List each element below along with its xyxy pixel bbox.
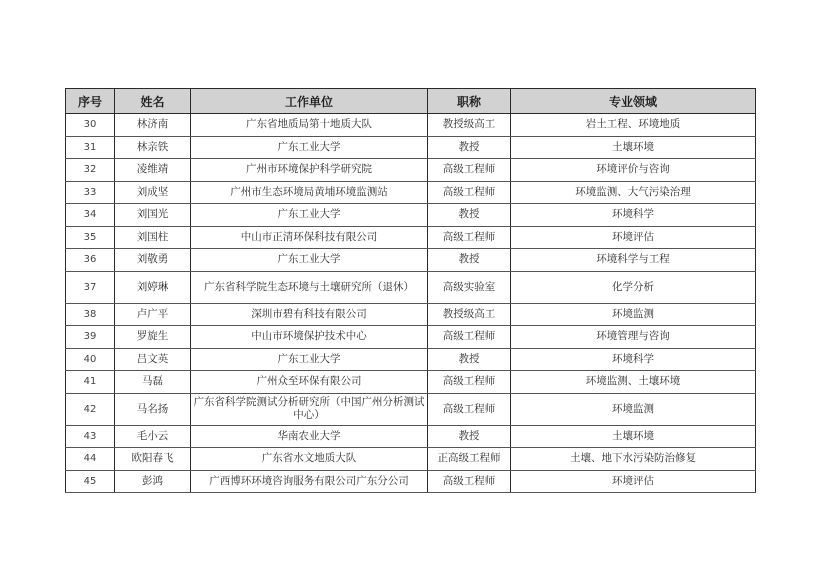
cell-field: 环境科学: [511, 204, 756, 227]
cell-field: 岩土工程、环境地质: [511, 114, 756, 137]
table-row: 36 刘敬勇 广东工业大学 教授 环境科学与工程: [66, 249, 756, 272]
cell-no: 44: [66, 448, 115, 471]
cell-name: 卢广平: [115, 303, 191, 326]
cell-field: 环境监测: [511, 393, 756, 425]
cell-title: 教授: [428, 136, 511, 159]
table-row: 35 刘国柱 中山市正清环保科技有限公司 高级工程师 环境评估: [66, 226, 756, 249]
cell-field: 土壤环境: [511, 425, 756, 448]
cell-name: 欧阳春飞: [115, 448, 191, 471]
cell-org: 广东省水文地质大队: [191, 448, 428, 471]
cell-title: 教授: [428, 425, 511, 448]
table-row: 41 马磊 广州众至环保有限公司 高级工程师 环境监测、土壤环境: [66, 371, 756, 394]
cell-org: 广东工业大学: [191, 204, 428, 227]
cell-title: 正高级工程师: [428, 448, 511, 471]
cell-name: 罗旋生: [115, 326, 191, 349]
cell-name: 毛小云: [115, 425, 191, 448]
header-no: 序号: [66, 89, 115, 114]
table-row: 40 吕文英 广东工业大学 教授 环境科学: [66, 348, 756, 371]
header-title: 职称: [428, 89, 511, 114]
expert-roster-table: 序号 姓名 工作单位 职称 专业领域 30 林济南 广东省地质局第十地质大队 教…: [65, 88, 756, 493]
cell-field: 环境评估: [511, 470, 756, 493]
cell-no: 33: [66, 181, 115, 204]
cell-field: 环境科学与工程: [511, 249, 756, 272]
cell-field: 环境管理与咨询: [511, 326, 756, 349]
cell-name: 刘国柱: [115, 226, 191, 249]
cell-org: 广东工业大学: [191, 136, 428, 159]
cell-no: 30: [66, 114, 115, 137]
document-page: 序号 姓名 工作单位 职称 专业领域 30 林济南 广东省地质局第十地质大队 教…: [0, 0, 818, 578]
cell-title: 高级工程师: [428, 159, 511, 182]
cell-org: 广东省科学院测试分析研究所（中国广州分析测试中心）: [191, 393, 428, 425]
table-row: 45 彭鸿 广西博环环境咨询服务有限公司广东分公司 高级工程师 环境评估: [66, 470, 756, 493]
cell-no: 40: [66, 348, 115, 371]
cell-title: 教授: [428, 249, 511, 272]
cell-name: 刘成坚: [115, 181, 191, 204]
cell-title: 高级实验室: [428, 271, 511, 303]
cell-title: 教授: [428, 348, 511, 371]
table-row: 31 林亲铁 广东工业大学 教授 土壤环境: [66, 136, 756, 159]
cell-title: 高级工程师: [428, 470, 511, 493]
table-row: 34 刘国光 广东工业大学 教授 环境科学: [66, 204, 756, 227]
cell-name: 林济南: [115, 114, 191, 137]
cell-org: 广州众至环保有限公司: [191, 371, 428, 394]
cell-title: 教授: [428, 204, 511, 227]
table-row: 37 刘婷琳 广东省科学院生态环境与土壤研究所（退休） 高级实验室 化学分析: [66, 271, 756, 303]
cell-no: 38: [66, 303, 115, 326]
cell-no: 41: [66, 371, 115, 394]
cell-name: 刘国光: [115, 204, 191, 227]
cell-field: 土壤、地下水污染防治修复: [511, 448, 756, 471]
cell-name: 马磊: [115, 371, 191, 394]
cell-field: 环境科学: [511, 348, 756, 371]
cell-name: 吕文英: [115, 348, 191, 371]
cell-org: 中山市正清环保科技有限公司: [191, 226, 428, 249]
table-row: 33 刘成坚 广州市生态环境局黄埔环境监测站 高级工程师 环境监测、大气污染治理: [66, 181, 756, 204]
cell-no: 34: [66, 204, 115, 227]
cell-field: 环境监测: [511, 303, 756, 326]
cell-org: 广州市生态环境局黄埔环境监测站: [191, 181, 428, 204]
table-row: 32 凌维靖 广州市环境保护科学研究院 高级工程师 环境评价与咨询: [66, 159, 756, 182]
cell-name: 凌维靖: [115, 159, 191, 182]
cell-org: 广东省地质局第十地质大队: [191, 114, 428, 137]
cell-title: 高级工程师: [428, 326, 511, 349]
cell-field: 土壤环境: [511, 136, 756, 159]
cell-name: 刘婷琳: [115, 271, 191, 303]
cell-name: 刘敬勇: [115, 249, 191, 272]
cell-no: 35: [66, 226, 115, 249]
cell-no: 36: [66, 249, 115, 272]
table-row: 30 林济南 广东省地质局第十地质大队 教授级高工 岩土工程、环境地质: [66, 114, 756, 137]
header-row: 序号 姓名 工作单位 职称 专业领域: [66, 89, 756, 114]
cell-name: 马名扬: [115, 393, 191, 425]
table-row: 39 罗旋生 中山市环境保护技术中心 高级工程师 环境管理与咨询: [66, 326, 756, 349]
cell-org: 华南农业大学: [191, 425, 428, 448]
cell-no: 37: [66, 271, 115, 303]
cell-field: 环境监测、土壤环境: [511, 371, 756, 394]
table-row: 42 马名扬 广东省科学院测试分析研究所（中国广州分析测试中心） 高级工程师 环…: [66, 393, 756, 425]
cell-org: 广东工业大学: [191, 348, 428, 371]
cell-field: 环境评估: [511, 226, 756, 249]
cell-no: 42: [66, 393, 115, 425]
cell-title: 高级工程师: [428, 393, 511, 425]
cell-org: 广东省科学院生态环境与土壤研究所（退休）: [191, 271, 428, 303]
table-row: 44 欧阳春飞 广东省水文地质大队 正高级工程师 土壤、地下水污染防治修复: [66, 448, 756, 471]
cell-org: 广州市环境保护科学研究院: [191, 159, 428, 182]
header-name: 姓名: [115, 89, 191, 114]
cell-field: 环境监测、大气污染治理: [511, 181, 756, 204]
cell-title: 高级工程师: [428, 226, 511, 249]
table-row: 43 毛小云 华南农业大学 教授 土壤环境: [66, 425, 756, 448]
header-field: 专业领域: [511, 89, 756, 114]
cell-org: 深圳市碧有科技有限公司: [191, 303, 428, 326]
cell-org: 广东工业大学: [191, 249, 428, 272]
cell-field: 环境评价与咨询: [511, 159, 756, 182]
cell-no: 31: [66, 136, 115, 159]
cell-org: 广西博环环境咨询服务有限公司广东分公司: [191, 470, 428, 493]
cell-no: 45: [66, 470, 115, 493]
cell-title: 高级工程师: [428, 181, 511, 204]
cell-name: 彭鸿: [115, 470, 191, 493]
header-org: 工作单位: [191, 89, 428, 114]
cell-name: 林亲铁: [115, 136, 191, 159]
cell-no: 43: [66, 425, 115, 448]
cell-title: 高级工程师: [428, 371, 511, 394]
table-header: 序号 姓名 工作单位 职称 专业领域: [66, 89, 756, 114]
cell-field: 化学分析: [511, 271, 756, 303]
table-body: 30 林济南 广东省地质局第十地质大队 教授级高工 岩土工程、环境地质 31 林…: [66, 114, 756, 493]
cell-title: 教授级高工: [428, 303, 511, 326]
cell-title: 教授级高工: [428, 114, 511, 137]
cell-no: 32: [66, 159, 115, 182]
table-row: 38 卢广平 深圳市碧有科技有限公司 教授级高工 环境监测: [66, 303, 756, 326]
cell-no: 39: [66, 326, 115, 349]
cell-org: 中山市环境保护技术中心: [191, 326, 428, 349]
